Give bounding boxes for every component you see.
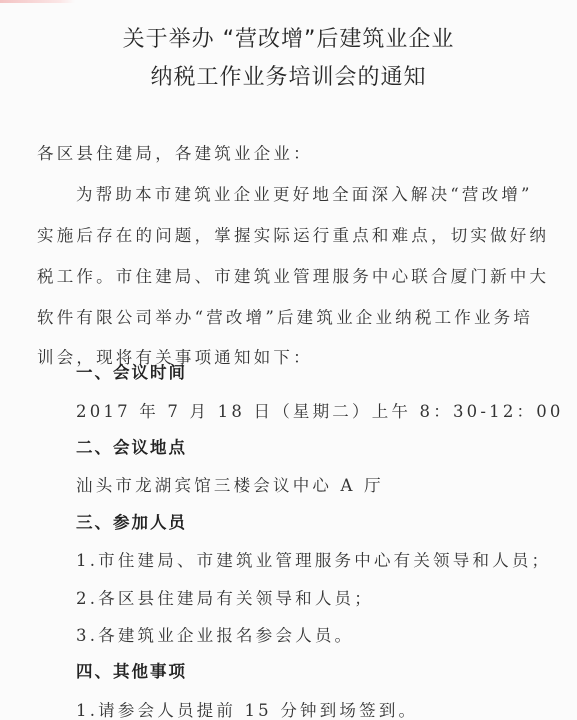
document-title-line1: 关于举办 “营改增”后建筑业企业: [0, 22, 577, 53]
attendee-item: 2.各区县住建局有关领导和人员；: [76, 585, 374, 609]
intro-line: 实施后存在的问题，掌握实际运行重点和难点，切实做好纳: [37, 222, 549, 246]
intro-line: 软件有限公司举办“营改增”后建筑业企业纳税工作业务培: [37, 304, 533, 328]
salutation: 各区县住建局，各建筑业企业：: [37, 140, 313, 164]
other-item: 1.请参会人员提前 15 分钟到场签到。: [76, 697, 418, 720]
meeting-time: 2017 年 7 月 18 日（星期二）上午 8：30-12：00: [76, 398, 564, 422]
section-heading-attendees: 三、参加人员: [76, 509, 187, 533]
intro-line: 为帮助本市建筑业企业更好地全面深入解决“营改增”: [76, 181, 533, 205]
section-heading-time: 一、会议时间: [76, 359, 187, 383]
intro-line: 税工作。市住建局、市建筑业管理服务中心联合厦门新中大: [37, 263, 549, 287]
attendee-item: 1.市住建局、市建筑业管理服务中心有关领导和人员；: [76, 547, 551, 571]
meeting-location: 汕头市龙湖宾馆三楼会议中心 A 厅: [76, 472, 384, 496]
document-title-line2: 纳税工作业务培训会的通知: [0, 60, 577, 91]
section-heading-other: 四、其他事项: [76, 658, 187, 682]
attendee-item: 3.各建筑业企业报名参会人员。: [76, 622, 354, 646]
section-heading-location: 二、会议地点: [76, 434, 187, 458]
corner-stamp-mark: [0, 0, 75, 3]
